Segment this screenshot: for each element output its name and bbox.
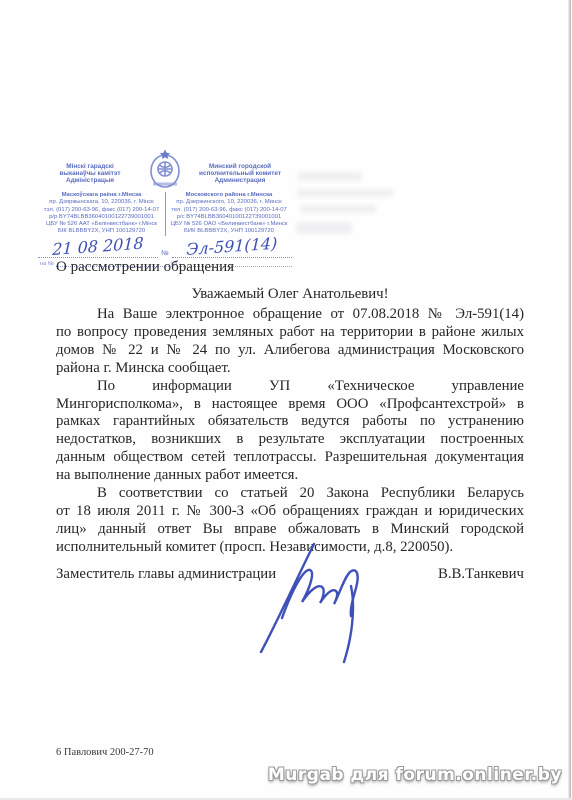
letter-line: На Ваше электронное обращение от 07.08.2… [56, 306, 524, 324]
faded-recipient-line [297, 189, 393, 197]
stamp-header-belarusian: Мінскі гарадсківыканаўчы камітэтАдмініст… [38, 148, 142, 185]
letter-greeting: Уважаемый Олег Анатольевич! [56, 286, 524, 303]
letter-subject: О рассмотрении обращения [56, 259, 234, 276]
faded-recipient-line [300, 205, 376, 213]
stamp-detail-line: пр. Дзяржынскага, 10, 220036, г. Мінск [41, 199, 162, 206]
handwritten-signature [252, 540, 382, 665]
scan-edge-right [568, 0, 571, 800]
letterhead-stamp: Мінскі гарадсківыканаўчы камітэтАдмініст… [38, 148, 292, 267]
faded-recipient-line [296, 222, 352, 234]
letter-line: рамках гарантийных обязательств ведутся … [56, 413, 524, 431]
stamp-registration-row: 21 08 2018 № Эл-591(14) [38, 230, 292, 258]
faded-recipient-line [298, 172, 362, 181]
forum-watermark: Murgab для forum.onliner.by [268, 765, 562, 785]
letter-line: По информации УП «Техническое управление [56, 378, 524, 396]
signer-name: В.В.Танкевич [438, 566, 524, 583]
stamp-detail-line: пр. Дзержинского, 10, 220036, г. Минск [169, 199, 289, 206]
letter-line: домов № 22 и № 24 по ул. Алибегова админ… [56, 342, 524, 360]
executor-note: 6 Павлович 200-27-70 [56, 747, 154, 758]
stamp-detail-line: Маскоўскага раёна г.Мінска [41, 192, 162, 199]
reply-to-label: на № [38, 261, 56, 267]
letter-line: Мингорисполкома», в настоящее время ООО … [56, 396, 524, 414]
stamp-number-line: Эл-591(14) [172, 229, 292, 258]
stamp-detail-line: тел. (017) 200-63-96, факс (017) 200-14-… [169, 207, 289, 214]
stamp-detail-line: ЦБУ № 526 ААТ «Белінвестбанк» г.Мінск [41, 221, 162, 228]
letter-line: по вопросу проведения земляных работ на … [56, 324, 524, 342]
stamp-header-russian: Минский городскойисполнительный комитетА… [188, 148, 292, 185]
belarus-coat-of-arms-icon [147, 148, 183, 190]
paragraph: На Ваше электронное обращение от 07.08.2… [56, 306, 524, 378]
scanned-letter-page: Мінскі гарадсківыканаўчы камітэтАдмініст… [0, 0, 572, 800]
paragraph: По информации УП «Техническое управление… [56, 378, 524, 485]
letter-line: недостатков, возникших в результате эксп… [56, 431, 524, 449]
letter-line: лиц» данный ответ Вы вправе обжаловать в… [56, 521, 524, 539]
letter-body: На Ваше электронное обращение от 07.08.2… [56, 306, 524, 557]
stamp-detail-line: ЦБУ № 526 ОАО «Белинвестбанк» г.Минск [169, 221, 289, 228]
letter-line: данным обществом сетей теплотрассы. Разр… [56, 449, 524, 467]
number-sign-label: № [158, 250, 172, 258]
handwritten-date: 21 08 2018 [52, 236, 144, 256]
stamp-detail-line: тэл. (017) 200-63-96, факс (017) 200-14-… [41, 207, 162, 214]
letter-line: на выполнение данных работ имеется. [56, 467, 524, 485]
stamp-header-row: Мінскі гарадсківыканаўчы камітэтАдмініст… [38, 148, 292, 190]
stamp-header-line: Администрация [188, 177, 292, 184]
stamp-detail-line: Московского района г.Минска [169, 192, 289, 199]
signer-title: Заместитель главы администрации [56, 566, 276, 583]
stamp-header-line: исполнительный комитет [188, 170, 292, 177]
stamp-date-line: 21 08 2018 [38, 229, 158, 258]
handwritten-number: Эл-591(14) [186, 236, 277, 256]
letter-line: от 18 июля 2011 г. № 300-З «Об обращения… [56, 503, 524, 521]
letter-line: района г. Минска сообщает. [56, 360, 524, 378]
letter-line: В соответствии со статьей 20 Закона Респ… [56, 485, 524, 503]
stamp-header-line: Адміністрацыя [38, 177, 142, 184]
